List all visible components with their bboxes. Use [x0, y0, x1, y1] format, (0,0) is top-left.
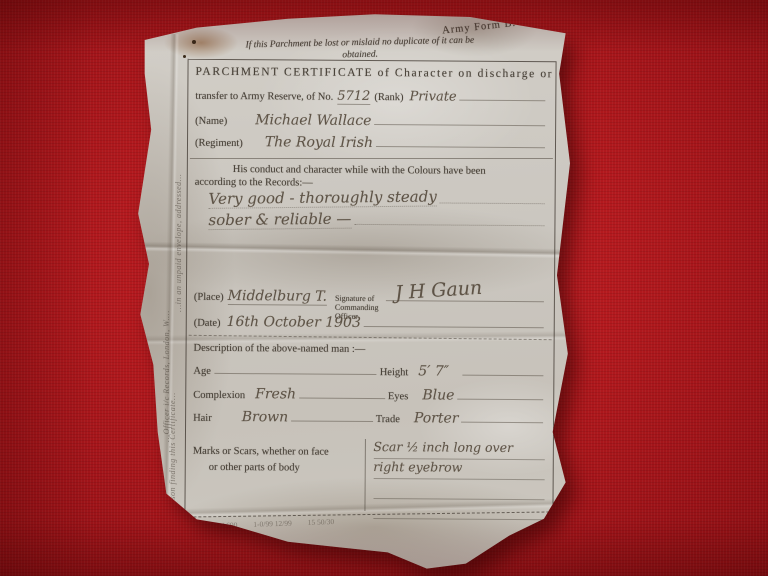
- divider-line: [189, 335, 552, 340]
- marks-value-line2: right eyebrow: [373, 459, 545, 480]
- photograph-of-certificate: Army Form B. 2067. If this Parchment be …: [0, 0, 768, 576]
- hair-label: Hair: [193, 413, 212, 424]
- name-row: (Name) Michael Wallace: [195, 112, 548, 130]
- imprint-line1: 615 V 690: [206, 520, 238, 530]
- ruled-line: [291, 419, 373, 422]
- imprint-line2: 1-0/99 12/99: [253, 518, 292, 528]
- ruled-line: [440, 201, 545, 204]
- ruled-line: [376, 145, 545, 148]
- ruled-line: [299, 397, 385, 400]
- description-heading: Description of the above-named man :—: [194, 343, 366, 355]
- trade-label: Trade: [376, 414, 400, 425]
- caution-line1: If this Parchment be lost or mislaid no …: [245, 36, 474, 51]
- regiment-label: (Regiment): [195, 138, 243, 149]
- service-number-value: 5712: [337, 89, 370, 105]
- description-heading-row: Description of the above-named man :—: [194, 343, 547, 356]
- number-rank-row: transfer to Army Reserve, of No. 5712 (R…: [195, 88, 548, 106]
- marks-value-line1: Scar ½ inch long over: [373, 439, 545, 460]
- margin-note-nb: N.B.—Any person finding this Certificate…: [168, 392, 177, 552]
- parchment-sheet: Army Form B. 2067. If this Parchment be …: [136, 12, 570, 572]
- age-height-row: Age Height 5′ 7″: [193, 362, 546, 380]
- parchment-document: Army Form B. 2067. If this Parchment be …: [136, 12, 570, 572]
- hair-trade-row: Hair Brown Trade Porter: [193, 409, 546, 427]
- marks-label-line2: or other parts of body: [209, 462, 300, 474]
- transfer-label: transfer to Army Reserve, of No.: [195, 91, 333, 103]
- ruled-line: [460, 99, 546, 102]
- certificate-title: PARCHMENT CERTIFICATE of Character on di…: [195, 66, 548, 80]
- ruled-line: [373, 479, 545, 500]
- age-value-line: [214, 372, 377, 375]
- ruled-line: [354, 223, 544, 226]
- rank-label: (Rank): [374, 92, 403, 103]
- age-label: Age: [193, 366, 211, 377]
- conduct-value2: sober & reliable —: [208, 210, 351, 230]
- conduct-text1: His conduct and character while with the…: [233, 164, 486, 177]
- ruled-line: [364, 325, 544, 328]
- rank-value: Private: [409, 89, 456, 104]
- complexion-label: Complexion: [193, 390, 245, 401]
- imprint-line3: 15 50/30: [308, 517, 335, 527]
- conduct-heading-line1: His conduct and character while with the…: [195, 164, 548, 177]
- marks-value-cell: Scar ½ inch long over right eyebrow: [364, 439, 549, 512]
- sig-lbl1: Signature of: [335, 294, 374, 303]
- ruled-line: [374, 123, 545, 126]
- height-value: 5′ 7″: [418, 363, 449, 379]
- conduct-value-row1: Very good - thoroughly steady: [195, 188, 548, 209]
- conduct-value1: Very good - thoroughly steady: [209, 187, 437, 208]
- margin-note-top: …in an unpaid envelope, addressed…: [174, 174, 183, 312]
- ruled-line: [373, 499, 545, 520]
- date-value: 16th October 1903: [227, 314, 361, 331]
- regiment-value: The Royal Irish: [265, 134, 373, 151]
- printers-imprint: 615 V 690 1-0/99 12/99 15 50/30: [206, 517, 348, 532]
- regiment-row: (Regiment) The Royal Irish: [195, 134, 548, 152]
- eyes-value: Blue: [422, 387, 454, 403]
- trade-value: Porter: [414, 410, 459, 426]
- ruled-line: [461, 421, 543, 424]
- hair-value: Brown: [242, 409, 289, 425]
- marks-label: Marks or Scars, whether on face or other…: [192, 438, 364, 511]
- height-label: Height: [380, 367, 409, 378]
- marks-scars-section: Marks or Scars, whether on face or other…: [192, 438, 548, 512]
- place-value: Middelburg T.: [228, 288, 327, 306]
- certificate-border-box: PARCHMENT CERTIFICATE of Character on di…: [184, 59, 556, 518]
- name-label: (Name): [195, 116, 227, 127]
- eyes-label: Eyes: [388, 391, 408, 402]
- date-label: (Date): [194, 318, 221, 329]
- place-label: (Place): [194, 292, 224, 303]
- divider-line: [190, 158, 553, 159]
- date-row: (Date) 16th October 1903: [194, 314, 547, 332]
- title-text: PARCHMENT CERTIFICATE of Character on di…: [195, 66, 553, 80]
- conduct-value-row2: sober & reliable —: [194, 210, 547, 231]
- name-value: Michael Wallace: [255, 112, 371, 129]
- form-number: Army Form B. 2067.: [441, 14, 548, 36]
- complexion-eyes-row: Complexion Fresh Eyes Blue: [193, 386, 546, 404]
- marks-label-line1: Marks or Scars, whether on face: [193, 446, 329, 458]
- conduct-text2: according to the Records:—: [195, 177, 313, 189]
- ruled-line: [457, 398, 543, 401]
- ruled-line: [462, 374, 543, 377]
- caution-line2: obtained.: [342, 50, 378, 61]
- complexion-value: Fresh: [255, 386, 296, 402]
